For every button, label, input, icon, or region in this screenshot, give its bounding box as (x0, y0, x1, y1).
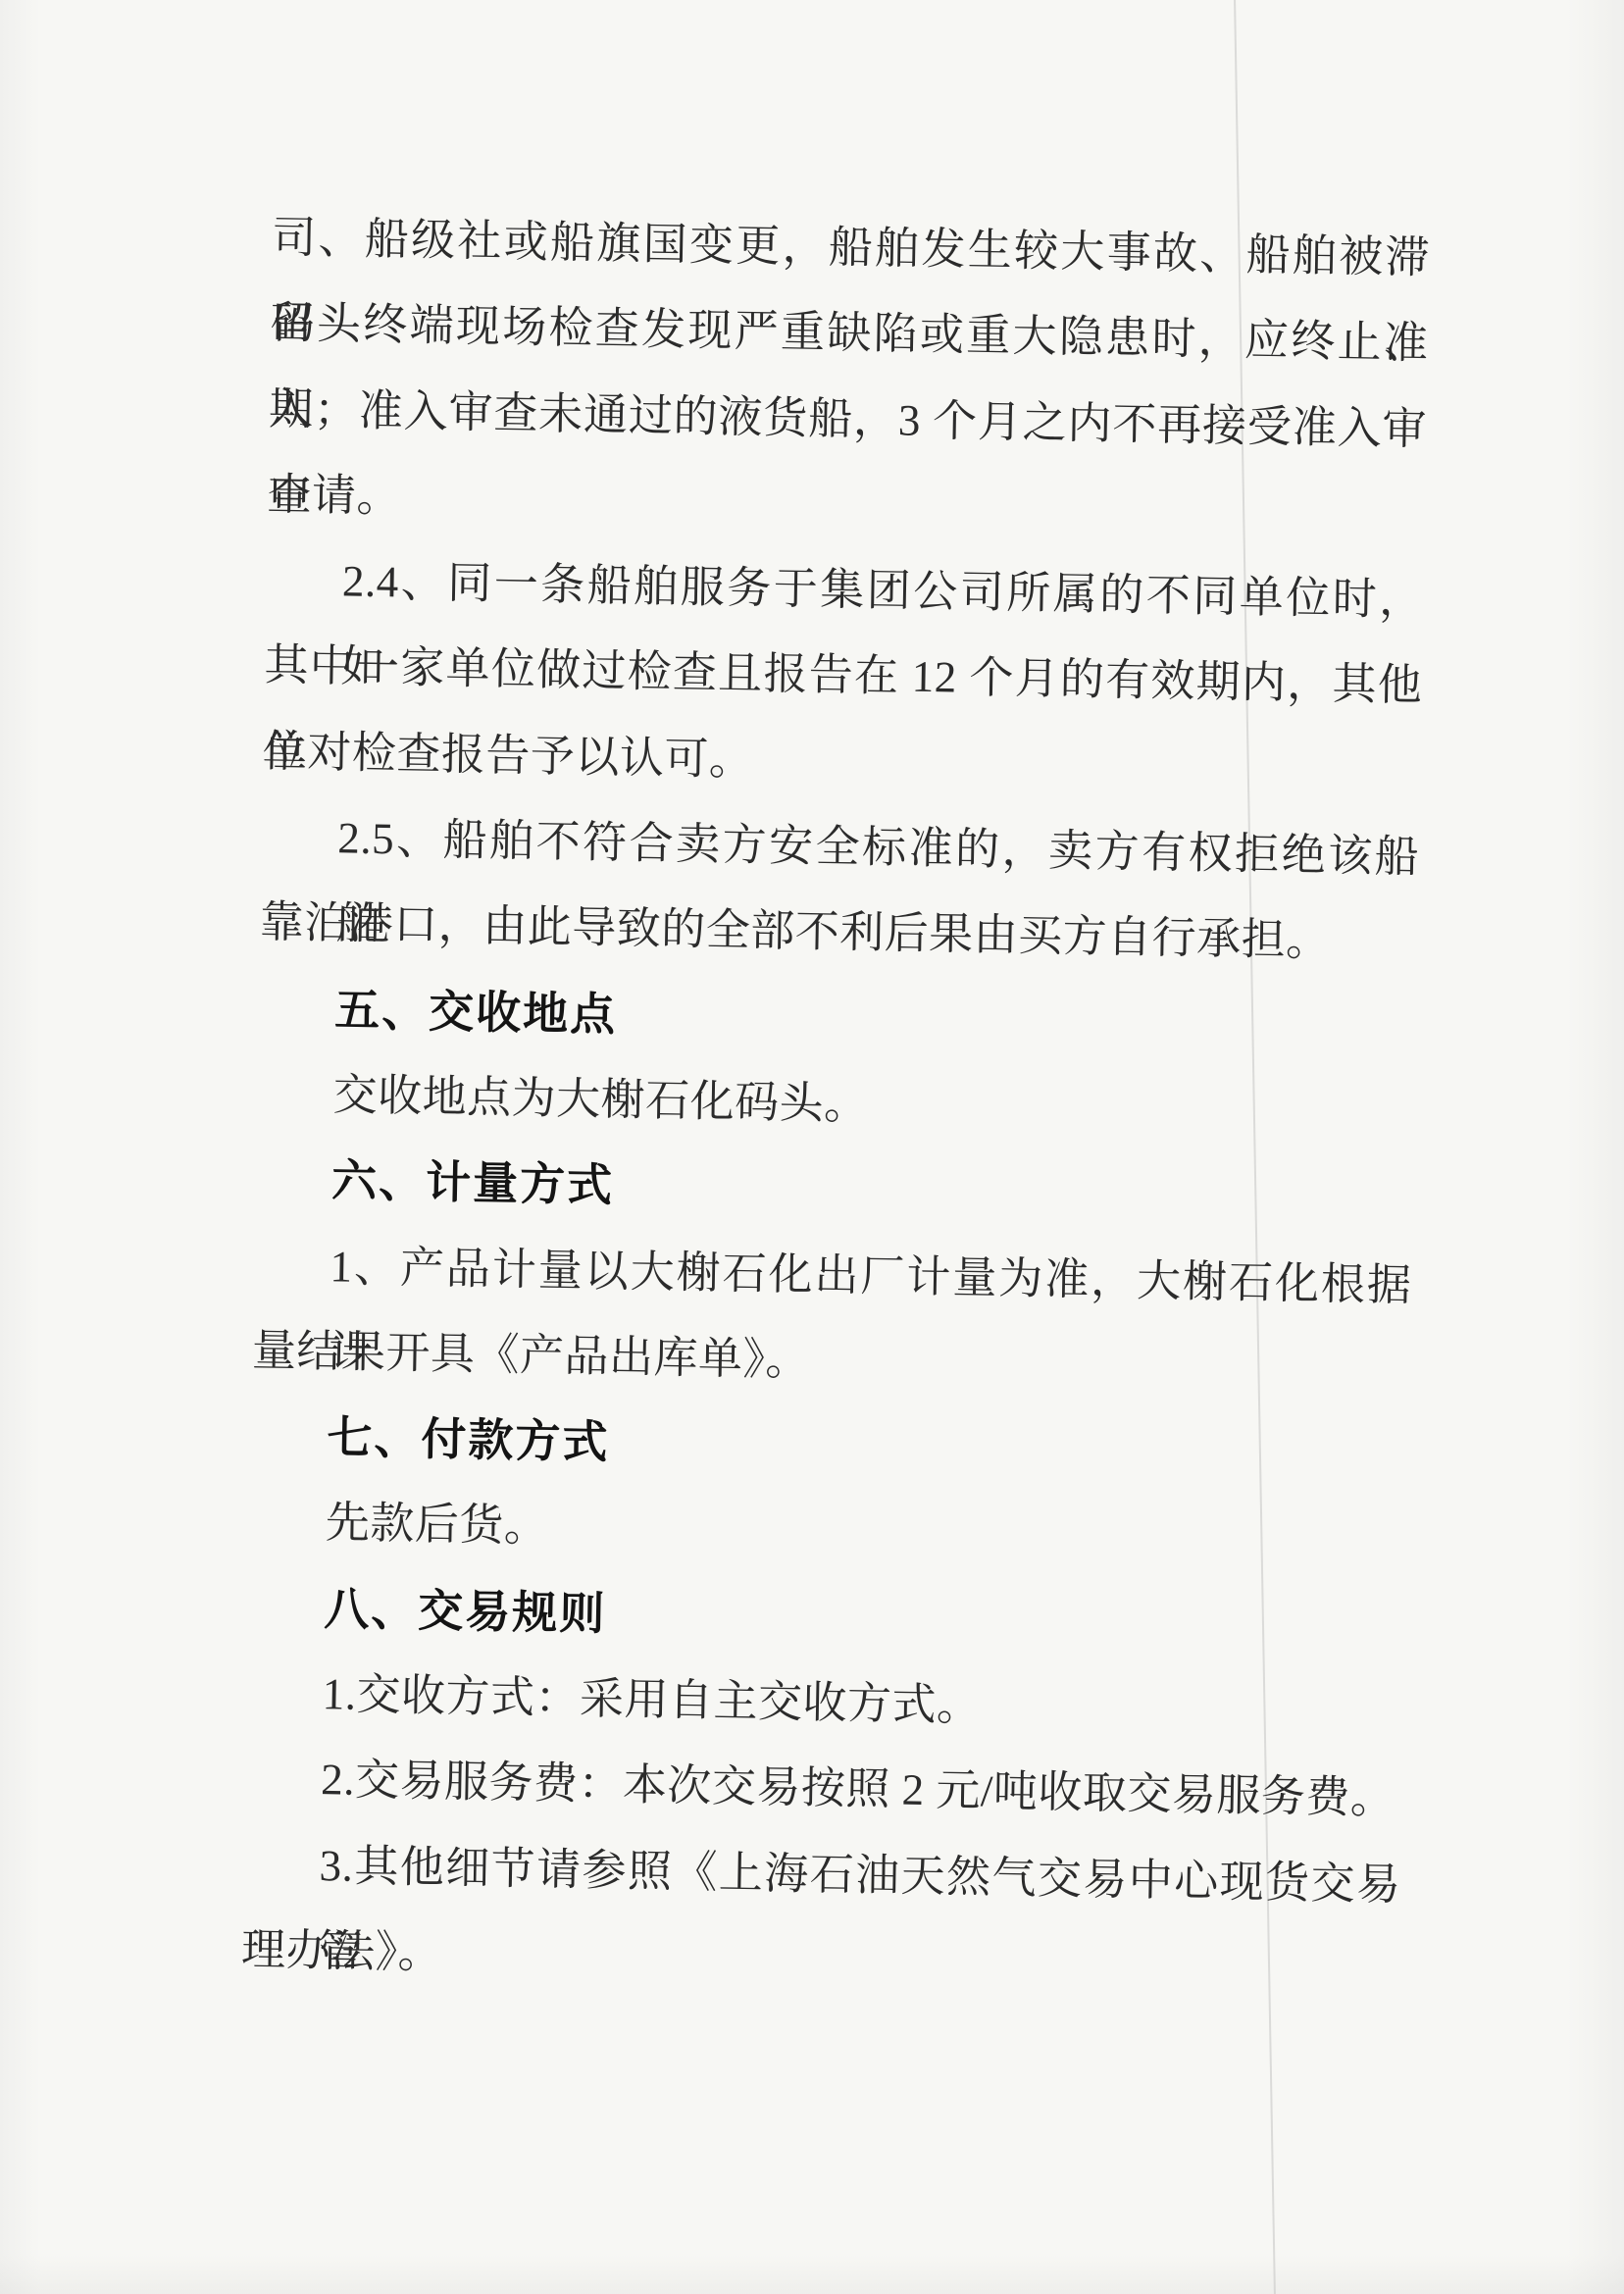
document-text: 司、船级社或船旗国变更，船舶发生较大事故、船舶被滞留、码头终端现场检查发现严重缺… (240, 195, 1430, 2014)
page-edge-shadow (0, 2255, 1624, 2294)
document-page: 司、船级社或船旗国变更，船舶发生较大事故、船舶被滞留、码头终端现场检查发现严重缺… (0, 0, 1624, 2294)
